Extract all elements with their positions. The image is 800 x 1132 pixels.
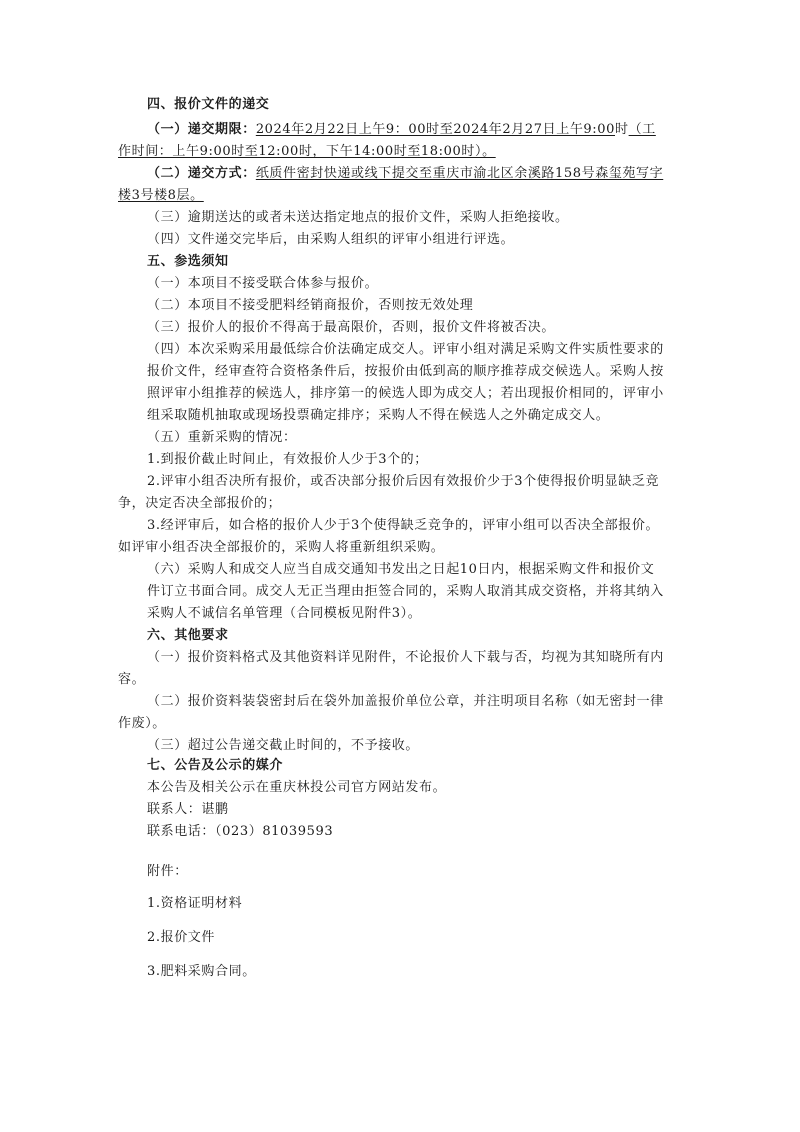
- deadline-suffix: 时: [615, 122, 629, 137]
- publish-notice: 本公告及相关公示在重庆林投公司官方网站发布。: [147, 778, 446, 798]
- section-5-item-3: （三）报价人的报价不得高于最高限价，否则，报价文件将被否决。: [147, 318, 555, 338]
- section-6-item-2-cont: 作废）。: [118, 714, 166, 734]
- rebid-condition-2-cont: 争，决定否决全部报价的；: [118, 494, 281, 514]
- contact-phone: 联系电话：（023）81039593: [147, 822, 333, 842]
- section-4-item-3: （三）逾期送达的或者未送达指定地点的报价文件，采购人拒绝接收。: [147, 208, 569, 228]
- contact-person: 联系人：谌鹏: [147, 800, 229, 820]
- section-6-item-3: （三）超过公告递交截止时间的，不予接收。: [147, 736, 419, 756]
- section-4-item-4: （四）文件递交完毕后，由采购人组织的评审小组进行评选。: [147, 230, 514, 250]
- rebid-condition-3-cont: 如评审小组否决全部报价的，采购人将重新组织采购。: [118, 538, 444, 558]
- attachment-item-1: 1.资格证明材料: [147, 894, 242, 914]
- section-5-item-2: （二）本项目不接受肥料经销商报价，否则按无效处理: [147, 296, 473, 316]
- section-5-item-4: （四）本次采购采用最低综合价法确定成交人。评审小组对满足采购文件实质性要求的: [147, 340, 664, 360]
- method-value-cont: 楼3号楼8层。: [118, 186, 204, 206]
- document-page: 四、报价文件的递交 （一）递交期限：2024年2月22日上午9：00时至2024…: [0, 0, 800, 1132]
- deadline-label: （一）递交期限：: [147, 122, 256, 137]
- section-4-item-2: （二）递交方式：纸质件密封快递或线下提交至重庆市渝北区余溪路158号森玺苑写字: [147, 164, 663, 184]
- method-value: 纸质件密封快递或线下提交至重庆市渝北区余溪路158号森玺苑写字: [256, 166, 663, 181]
- section-5-item-6: （六）采购人和成交人应当自成交通知书发出之日起10日内，根据采购文件和报价文: [147, 560, 654, 580]
- working-hours: 作时间：上午9:00时至12:00时，下午14:00时至18:00时）。: [118, 142, 496, 162]
- rebid-condition-1: 1.到报价截止时间止，有效报价人少于3个的；: [147, 450, 428, 470]
- method-label: （二）递交方式：: [147, 166, 256, 181]
- section-6-item-1-cont: 容。: [118, 670, 145, 690]
- attachment-item-3: 3.肥料采购合同。: [147, 962, 256, 982]
- section-7-heading: 七、公告及公示的媒介: [147, 756, 283, 776]
- attachments-title: 附件：: [147, 862, 188, 882]
- section-5-item-4-line-4: 组采取随机抽取或现场投票确定排序；采购人不得在候选人之外确定成交人。: [147, 406, 609, 426]
- section-4-heading: 四、报价文件的递交: [147, 95, 269, 115]
- section-4-item-1: （一）递交期限：2024年2月22日上午9：00时至2024年2月27日上午9:…: [147, 120, 656, 140]
- rebid-condition-3: 3.经评审后，如合格的报价人少于3个使得缺乏竞争的，评审小组可以否决全部报价。: [147, 516, 659, 536]
- working-hours-start: （工: [629, 122, 656, 137]
- section-5-item-1: （一）本项目不接受联合体参与报价。: [147, 274, 378, 294]
- rebid-condition-2: 2.评审小组否决所有报价，或否决部分报价后因有效报价少于3个使得报价明显缺乏竞: [147, 472, 659, 492]
- section-5-heading: 五、参选须知: [147, 252, 229, 272]
- section-5-item-4-line-3: 照评审小组推荐的候选人，排序第一的候选人即为成交人；若出现报价相同的，评审小: [147, 384, 664, 404]
- section-5-item-5-title: （五）重新采购的情况：: [147, 428, 297, 448]
- attachment-item-2: 2.报价文件: [147, 928, 215, 948]
- section-5-item-6-line-2: 件订立书面合同。成交人无正当理由拒签合同的，采购人取消其成交资格，并将其纳入: [147, 582, 664, 602]
- section-6-item-2: （二）报价资料装袋密封后在袋外加盖报价单位公章，并注明项目名称（如无密封一律: [147, 692, 664, 712]
- section-6-heading: 六、其他要求: [147, 626, 229, 646]
- section-5-item-4-line-2: 报价文件，经审查符合资格条件后，按报价由低到高的顺序推荐成交候选人。采购人按: [147, 362, 664, 382]
- section-5-item-6-line-3: 采购人不诚信名单管理（合同模板见附件3）。: [147, 604, 421, 624]
- deadline-value: 2024年2月22日上午9：00时至2024年2月27日上午9:00: [256, 122, 615, 137]
- section-6-item-1: （一）报价资料格式及其他资料详见附件，不论报价人下载与否，均视为其知晓所有内: [147, 648, 664, 668]
